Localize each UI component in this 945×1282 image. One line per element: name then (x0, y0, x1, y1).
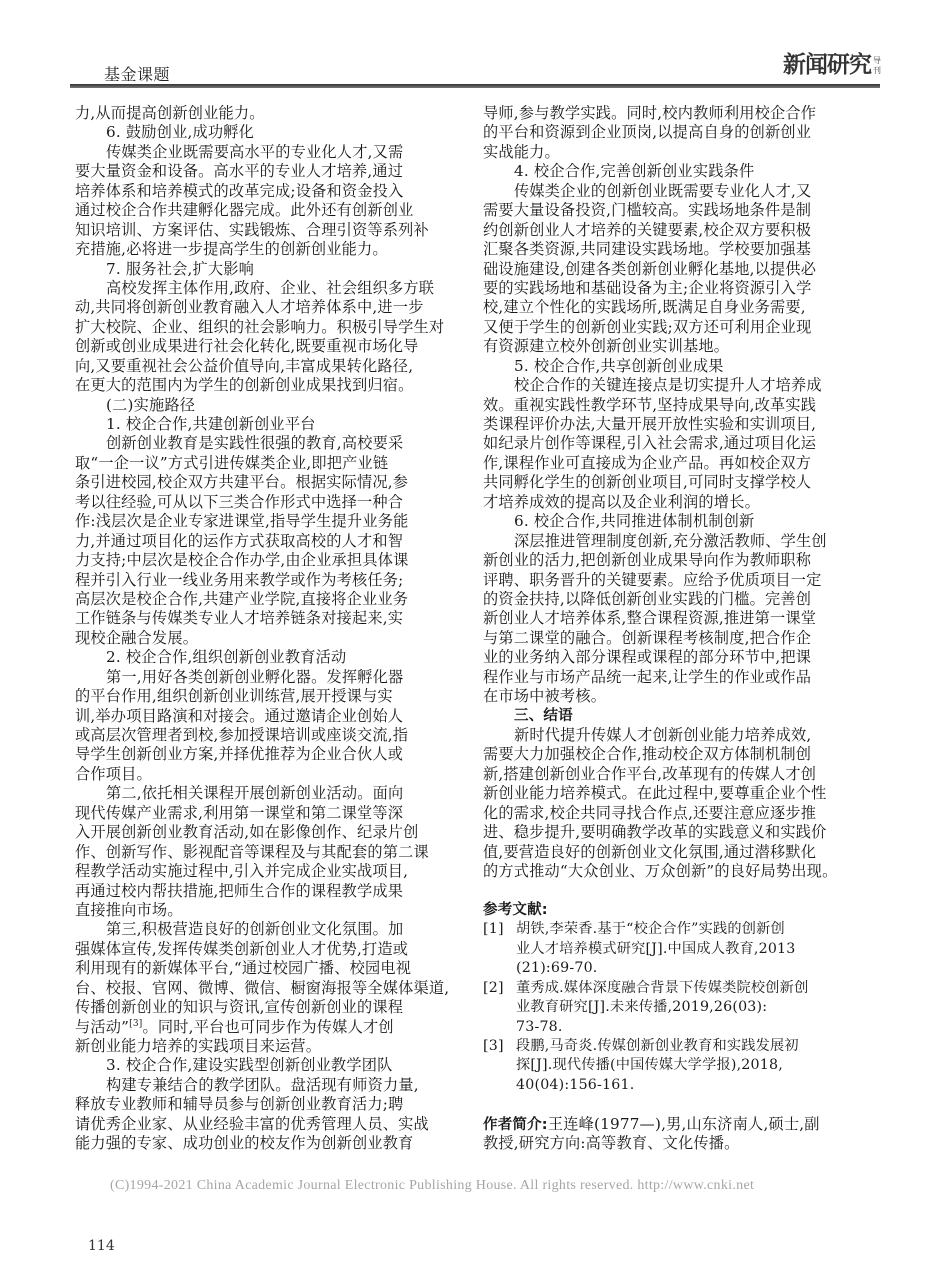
reference-continuation: 业教育研究[J].未来传播,2019,26(03): (483, 998, 875, 1017)
text-line: 需要大力加强校企合作,推动校企双方体制机制创 (483, 745, 875, 764)
text-line: 进、稳步提升,要明确教学改革的实践意义和实践价 (483, 823, 875, 842)
journal-logo-main: 新闻研究 (783, 52, 871, 78)
text-line: 知识培训、方案评估、实践锻炼、合理引资等系列补 (75, 221, 467, 240)
reference-item: [3]段鹏,马奇炎.传媒创新创业教育和实践发展初 (483, 1037, 875, 1056)
text-line: 在市场中被考核。 (483, 687, 875, 706)
paragraph-start: 第二,依托相关课程开展创新创业活动。面向 (75, 784, 467, 803)
text-line: 向,又要重视社会公益价值导向,丰富成果转化路径, (75, 357, 467, 376)
text-line: 培养体系和培养模式的改革完成;设备和资金投入 (75, 182, 467, 201)
text-line: 强媒体宣传,发挥传媒类创新创业人才优势,打造或 (75, 940, 467, 959)
text-line: 考以往经验,可从以下三类合作形式中选择一种合 (75, 493, 467, 512)
text-line: 业的业务纳入部分课程或课程的部分环节中,把课 (483, 648, 875, 667)
paragraph-start: 传媒类企业既需要高水平的专业化人才,又需 (75, 143, 467, 162)
author-bio-line2: 教授,研究方向:高等教育、文化传播。 (483, 1134, 875, 1153)
text-line: 有资源建立校外创新创业实训基地。 (483, 337, 875, 356)
text-line: 扩大校院、企业、组织的社会影响力。积极引导学生对 (75, 318, 467, 337)
text-line: 实战能力。 (483, 143, 875, 162)
text-line: 能力强的专家、成功创业的校友作为创新创业教育 (75, 1134, 467, 1153)
right-column: 导师,参与教学实践。同时,校内教师利用校企合作的平台和资源到企业顶岗,以提高自身… (483, 104, 875, 1154)
paragraph-start: 传媒类企业的创新创业既需要专业化人才,又 (483, 182, 875, 201)
text-line: 的平台作用,组织创新创业训练营,展开授课与实 (75, 687, 467, 706)
section-heading: 5. 校企合作,共享创新创业成果 (483, 357, 875, 376)
text-line: 又便于学生的创新创业实践;双方还可利用企业现 (483, 318, 875, 337)
text-line: 释放专业教师和辅导员参与创新创业教育活力;聘 (75, 1095, 467, 1114)
references-list: [1]胡铁,李荣香.基于“校企合作”实践的创新创业人才培养模式研究[J].中国成… (483, 920, 875, 1095)
text-line: 程作业与市场产品统一起来,让学生的作业或作品 (483, 668, 875, 687)
page-number: 114 (88, 1238, 115, 1254)
text-line: 需要大量设备投资,门槛较高。实践场地条件是制 (483, 201, 875, 220)
text-line: 现校企融合发展。 (75, 629, 467, 648)
spacer (483, 1095, 875, 1114)
text-line: 台、校报、官网、微博、微信、橱窗海报等全媒体渠道, (75, 979, 467, 998)
header-divider (70, 84, 880, 88)
author-bio: 作者简介:王连峰(1977—),男,山东济南人,硕士,副 (483, 1115, 875, 1134)
text-line: 类课程评价办法,大量开展开放性实验和实训项目, (483, 415, 875, 434)
paragraph-start: 第三,积极营造良好的创新创业文化氛围。加 (75, 920, 467, 939)
author-bio-line1: 王连峰(1977—),男,山东济南人,硕士,副 (548, 1115, 820, 1133)
text-line: 校,建立个性化的实践场所,既满足自身业务需要, (483, 298, 875, 317)
text-line: 共同孵化学生的创新创业项目,可同时支撑学校人 (483, 473, 875, 492)
text-line: 利用现有的新媒体平台,“通过校园广播、校园电视 (75, 959, 467, 978)
left-column: 力,从而提高创新创业能力。6. 鼓励创业,成功孵化传媒类企业既需要高水平的专业化… (75, 104, 467, 1154)
section-label: 基金课题 (104, 62, 170, 85)
text-line: 工作链条与传媒类专业人才培养链条对接起来,实 (75, 609, 467, 628)
text-line: 效。重视实践性教学环节,坚持成果导向,改革实践 (483, 396, 875, 415)
paragraph-start: 创新创业教育是实践性很强的教育,高校要采 (75, 434, 467, 453)
citation-marker[interactable]: [3] (129, 1019, 142, 1029)
text-line: 约创新创业人才培养的关键要素,校企双方要积极 (483, 221, 875, 240)
text-line: 动,共同将创新创业教育融入人才培养体系中,进一步 (75, 298, 467, 317)
text-line: 新创业能力培养模式。在此过程中,要尊重企业个性 (483, 784, 875, 803)
text-line: 力支持;中层次是校企合作办学,由企业承担具体课 (75, 551, 467, 570)
text-line: 作:浅层次是企业专家进课堂,指导学生提升业务能 (75, 512, 467, 531)
paragraph-start: 高校发挥主体作用,政府、企业、社会组织多方联 (75, 279, 467, 298)
text-line: 要的实践场地和基础设备为主;企业将资源引入学 (483, 279, 875, 298)
section-heading: 三、结语 (483, 707, 875, 726)
section-heading: 3. 校企合作,建设实践型创新创业教学团队 (75, 1056, 467, 1075)
text-line: 要大量资金和设备。高水平的专业人才培养,通过 (75, 162, 467, 181)
reference-continuation: 探[J].现代传播(中国传媒大学学报),2018, (483, 1056, 875, 1075)
reference-number: [1] (483, 920, 516, 939)
text-line: 或高层次管理者到校,参加授课培训或座谈交流,指 (75, 726, 467, 745)
text-line: 导师,参与教学实践。同时,校内教师利用校企合作 (483, 104, 875, 123)
text-line: 程并引入行业一线业务用来教学或作为考核任务; (75, 571, 467, 590)
text-line: 与第二课堂的融合。创新课程考核制度,把合作企 (483, 629, 875, 648)
text-line: 化的需求,校企共同寻找合作点,还要注意应逐步推 (483, 804, 875, 823)
text-line: 力,并通过项目化的运作方式获取高校的人才和智 (75, 532, 467, 551)
reference-item: [1]胡铁,李荣香.基于“校企合作”实践的创新创 (483, 920, 875, 939)
text-line: 的资金扶持,以降低创新创业实践的门槛。完善创 (483, 590, 875, 609)
reference-continuation: 业人才培养模式研究[J].中国成人教育,2013 (483, 940, 875, 959)
reference-number: [3] (483, 1037, 516, 1056)
text-line: 通过校企合作共建孵化器完成。此外还有创新创业 (75, 201, 467, 220)
text-line: 取“一企一议”方式引进传媒类企业,即把产业链 (75, 454, 467, 473)
text-line: 入开展创新创业教育活动,如在影像创作、纪录片创 (75, 823, 467, 842)
text-line: 传播创新创业的知识与资讯,宣传创新创业的课程 (75, 998, 467, 1017)
text-line: 充措施,必将进一步提高学生的创新创业能力。 (75, 240, 467, 259)
paragraph-start: 构建专兼结合的教学团队。盘活现有师资力量, (75, 1076, 467, 1095)
section-heading: (二)实施路径 (75, 396, 467, 415)
journal-logo-sub: 导 刊 (873, 56, 881, 76)
text-line: 在更大的范围内为学生的创新创业成果找到归宿。 (75, 376, 467, 395)
reference-continuation: 40(04):156-161. (483, 1076, 875, 1095)
text-line: 汇聚各类资源,共同建设实践场地。学校要加强基 (483, 240, 875, 259)
reference-continuation: 73-78. (483, 1018, 875, 1037)
text-line: 新创业的活力,把创新创业成果导向作为教师职称 (483, 551, 875, 570)
text-line: 础设施建设,创建各类创新创业孵化基地,以提供必 (483, 260, 875, 279)
paragraph-start: 深层推进管理制度创新,充分激活教师、学生创 (483, 532, 875, 551)
spacer (483, 882, 875, 901)
text-line: 创新或创业成果进行社会化转化,既要重视市场化导 (75, 337, 467, 356)
section-heading: 4. 校企合作,完善创新创业实践条件 (483, 162, 875, 181)
text-line: 力,从而提高创新创业能力。 (75, 104, 467, 123)
copyright-watermark: (C)1994-2021 China Academic Journal Elec… (110, 1178, 754, 1194)
text-line: 如纪录片创作等课程,引入社会需求,通过项目化运 (483, 434, 875, 453)
section-heading: 6. 校企合作,共同推进体制机制创新 (483, 512, 875, 531)
text-line: 直接推向市场。 (75, 901, 467, 920)
text-line: 评聘、职务晋升的关键要素。应给予优质项目一定 (483, 571, 875, 590)
references-heading: 参考文献: (483, 901, 875, 920)
text-line: 新,搭建创新创业合作平台,改革现有的传媒人才创 (483, 765, 875, 784)
text-line: 作、创新写作、影视配音等课程及与其配套的第二课 (75, 843, 467, 862)
author-bio-label: 作者简介: (483, 1117, 548, 1133)
text-line: 再通过校内帮扶措施,把师生合作的课程教学成果 (75, 882, 467, 901)
text-line: 请优秀企业家、从业经验丰富的优秀管理人员、实战 (75, 1115, 467, 1134)
paragraph-start: 第一,用好各类创新创业孵化器。发挥孵化器 (75, 668, 467, 687)
section-heading: 2. 校企合作,组织创新创业教育活动 (75, 648, 467, 667)
text-line: 的方式推动“大众创业、万众创新”的良好局势出现。 (483, 862, 875, 881)
reference-item: [2]董秀成.媒体深度融合背景下传媒类院校创新创 (483, 979, 875, 998)
text-line: 导学生创新创业方案,并择优推荐为企业合伙人或 (75, 745, 467, 764)
section-heading: 1. 校企合作,共建创新创业平台 (75, 415, 467, 434)
section-heading: 6. 鼓励创业,成功孵化 (75, 123, 467, 142)
text-line: 才培养成效的提高以及企业利润的增长。 (483, 493, 875, 512)
text-line: 条引进校园,校企双方共建平台。根据实际情况,参 (75, 473, 467, 492)
text-line: 程教学活动实施过程中,引入并完成企业实战项目, (75, 862, 467, 881)
text-line: 作,课程作业可直接成为企业产品。再如校企双方 (483, 454, 875, 473)
text-line: 与活动”[3]。同时,平台也可同步作为传媒人才创 (75, 1018, 467, 1037)
right-column-body: 导师,参与教学实践。同时,校内教师利用校企合作的平台和资源到企业顶岗,以提高自身… (483, 104, 875, 882)
text-line: 新创业人才培养体系,整合课程资源,推进第一课堂 (483, 609, 875, 628)
journal-logo: 新闻研究 导 刊 (783, 52, 881, 78)
reference-continuation: (21):69-70. (483, 959, 875, 978)
text-line: 新创业能力培养的实践项目来运营。 (75, 1037, 467, 1056)
text-line: 高层次是校企合作,共建产业学院,直接将企业业务 (75, 590, 467, 609)
paragraph-start: 校企合作的关键连接点是切实提升人才培养成 (483, 376, 875, 395)
text-line: 训,举办项目路演和对接会。通过邀请企业创始人 (75, 707, 467, 726)
text-line: 值,要营造良好的创新创业文化氛围,通过潜移默化 (483, 843, 875, 862)
reference-number: [2] (483, 979, 516, 998)
section-heading: 7. 服务社会,扩大影响 (75, 260, 467, 279)
text-line: 合作项目。 (75, 765, 467, 784)
text-line: 的平台和资源到企业顶岗,以提高自身的创新创业 (483, 123, 875, 142)
paragraph-start: 新时代提升传媒人才创新创业能力培养成效, (483, 726, 875, 745)
text-line: 现代传媒产业需求,利用第一课堂和第二课堂等深 (75, 804, 467, 823)
